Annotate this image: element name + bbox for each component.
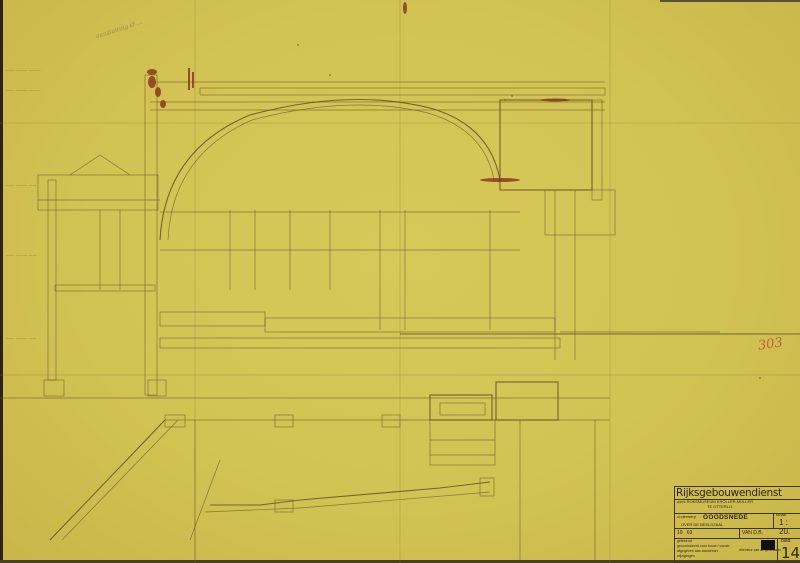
work-field: werk RIJKSMUSEUM KRÖLLER-MÜLLER TE OTTER… (675, 499, 800, 514)
level-annotation: —— ——— —— (6, 336, 37, 341)
scale-box: schaal 1 : 20. (773, 513, 800, 528)
location-value: TE OTTERLO. (677, 504, 733, 509)
scale-label: schaal (776, 513, 786, 517)
level-annotation: —— ——— —— (6, 183, 37, 188)
section-drawing (0, 0, 800, 563)
subject-description: OVER DE BEELDZAAL (681, 522, 723, 527)
subject-code: OOODSNEDE (703, 514, 748, 521)
revision-line: wijzigingen (677, 554, 730, 559)
redaction-mark (761, 540, 775, 550)
sheet-box: blad 14. (777, 538, 800, 562)
level-annotation: —— ——— ——— (6, 88, 41, 93)
revision-field: getekend gecontroleerd voor bouw / const… (675, 538, 800, 563)
revision-lines: getekend gecontroleerd voor bouw / const… (677, 539, 730, 559)
subject-label: onderwerp (677, 514, 696, 519)
title-block: Rijksgebouwendienst werk RIJKSMUSEUM KRÖ… (674, 486, 800, 563)
sheet-number: 14. (781, 544, 800, 562)
date-left: 19 . 63 (677, 530, 692, 536)
drawing-sheet: —— ——— ——— —— ——— ——— —— ——— —— —— ——— —… (0, 0, 800, 563)
level-annotation: —— ——— —— (6, 253, 37, 258)
level-annotation: —— ——— ——— (6, 68, 41, 73)
divider (739, 528, 740, 538)
subject-field: onderwerp OOODSNEDE OVER DE BEELDZAAL sc… (675, 513, 800, 529)
date-right: VAN D.B. (742, 530, 763, 536)
